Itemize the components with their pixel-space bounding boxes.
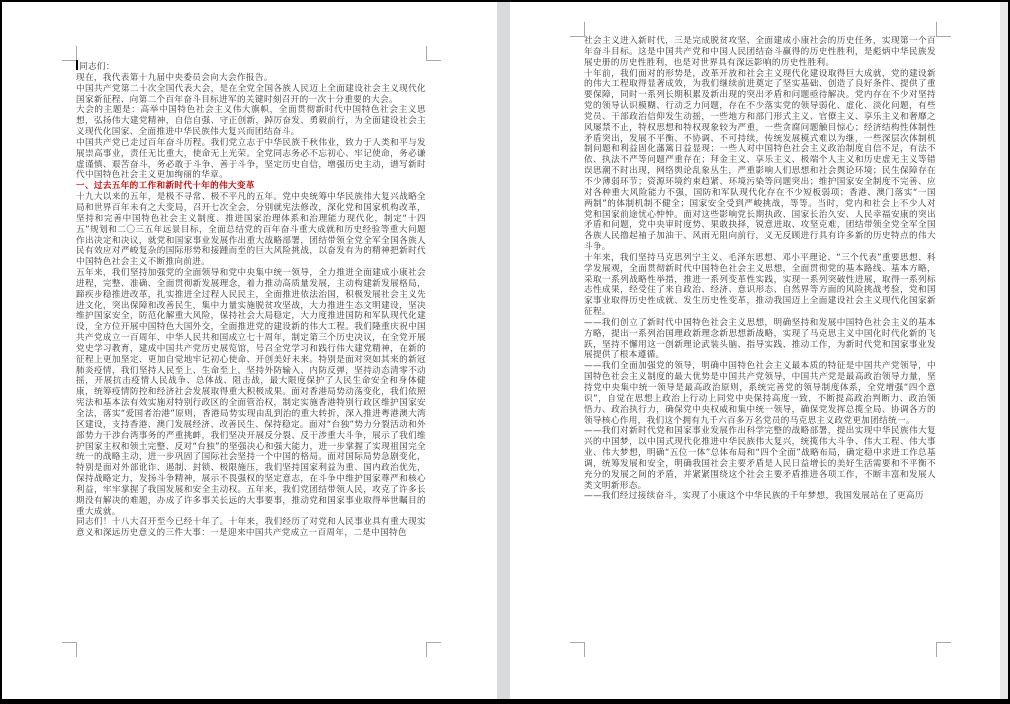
crop-mark-top-left — [62, 46, 77, 61]
crop-mark-top-left — [570, 22, 585, 37]
paragraph[interactable]: 社会主义进入新时代，三是完成脱贫攻坚、全面建成小康社会的历史任务，实现第一个百年… — [584, 36, 936, 69]
paragraph[interactable]: 十年前，我们面对的形势是，改革开放和社会主义现代化建设取得巨大成就，党的建设新的… — [584, 69, 936, 253]
paragraph[interactable]: 五年来，我们坚持加强党的全面领导和党中央集中统一领导，全力推进全面建成小康社会进… — [76, 268, 426, 517]
crop-mark-top-right — [936, 22, 951, 37]
paragraph[interactable]: ——我们经过接续奋斗，实现了小康这个中华民族的千年梦想，我国发展站在了更高历 — [584, 491, 936, 502]
text-cursor — [76, 60, 78, 70]
page-left-body[interactable]: 同志们： 现在，我代表第十九届中央委员会向大会作报告。 中国共产党第二十次全国代… — [76, 60, 426, 539]
paragraph[interactable]: 现在，我代表第十九届中央委员会向大会作报告。 — [76, 73, 426, 84]
crop-mark-bottom-right — [426, 642, 441, 657]
paragraph[interactable]: 中国共产党已走过百年奋斗历程。我们党立志于中华民族千秋伟业，致力于人类和平与发展… — [76, 138, 426, 181]
workspace-edge — [1000, 2, 1008, 699]
crop-mark-bottom-left — [570, 642, 585, 657]
paragraph[interactable]: 十年来，我们坚持马克思列宁主义、毛泽东思想、邓小平理论、“三个代表”重要思想、科… — [584, 253, 936, 318]
paragraph[interactable]: 大会的主题是：高举中国特色社会主义伟大旗帜，全面贯彻新时代中国特色社会主义思想，… — [76, 105, 426, 138]
paragraph[interactable]: 十九大以来的五年，是极不寻常、极不平凡的五年。党中央统筹中华民族伟大复兴战略全局… — [76, 192, 426, 268]
crop-mark-bottom-right — [936, 642, 951, 657]
paragraph[interactable]: 同志们！十八大召开至今已经十年了。十年来，我们经历了对党和人民事业具有重大现实意… — [76, 517, 426, 539]
crop-mark-top-right — [426, 46, 441, 61]
paragraph[interactable]: ——我们全面加强党的领导，明确中国特色社会主义最本质的特征是中国共产党领导，中国… — [584, 361, 936, 426]
paragraph[interactable]: ——我们创立了新时代中国特色社会主义思想，明确坚持和发展中国特色社会主义的基本方… — [584, 318, 936, 361]
crop-mark-bottom-left — [62, 642, 77, 657]
page-right-body[interactable]: 社会主义进入新时代，三是完成脱贫攻坚、全面建成小康社会的历史任务，实现第一个百年… — [584, 36, 936, 502]
page-left[interactable]: 同志们： 现在，我代表第十九届中央委员会向大会作报告。 中国共产党第二十次全国代… — [2, 2, 497, 699]
section-heading[interactable]: 一、过去五年的工作和新时代十年的伟大变革 — [76, 181, 426, 192]
document-viewport[interactable]: 同志们： 现在，我代表第十九届中央委员会向大会作报告。 中国共产党第二十次全国代… — [2, 2, 1008, 699]
page-right[interactable]: 社会主义进入新时代，三是完成脱贫攻坚、全面建成小康社会的历史任务，实现第一个百年… — [510, 2, 1000, 699]
paragraph-salutation[interactable]: 同志们： — [76, 60, 426, 73]
paragraph[interactable]: 中国共产党第二十次全国代表大会，是在全党全国各族人民迈上全面建设社会主义现代化国… — [76, 84, 426, 106]
paragraph[interactable]: ——我们对新时代党和国家事业发展作出科学完整的战略部署，提出实现中华民族伟大复兴… — [584, 426, 936, 491]
